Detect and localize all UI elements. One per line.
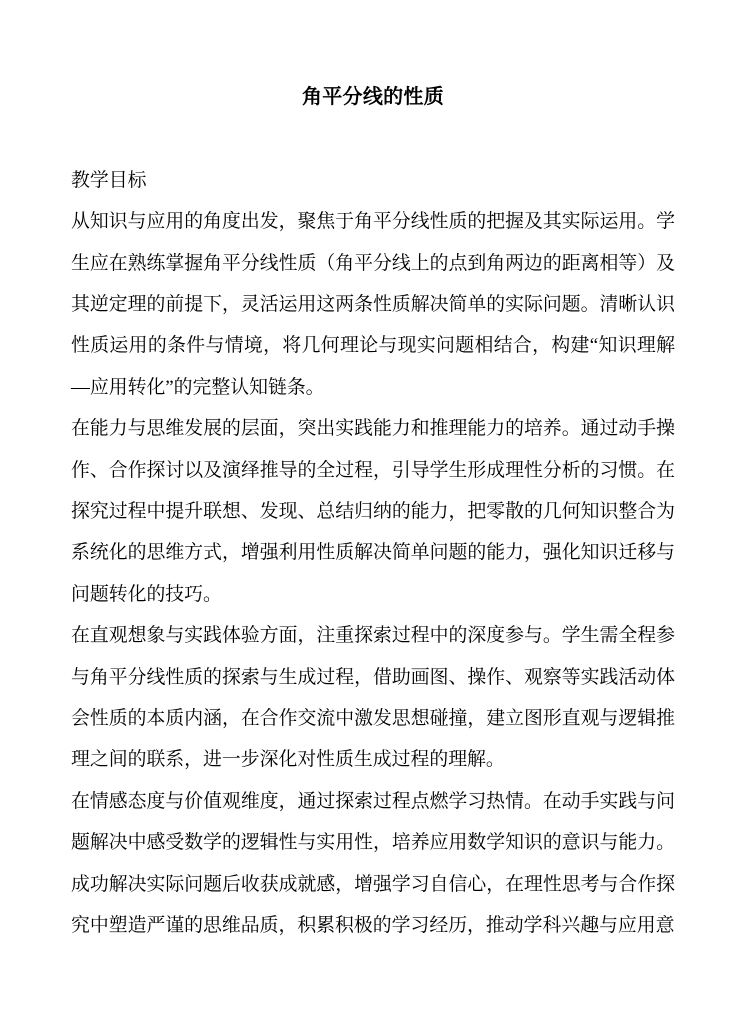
- document-title: 角平分线的性质: [71, 77, 675, 118]
- paragraph-emotion-values: 在情感态度与价值观维度，通过探索过程点燃学习热情。在动手实践与问题解决中感受数学…: [71, 781, 675, 947]
- paragraph-ability-thinking: 在能力与思维发展的层面，突出实践能力和推理能力的培养。通过动手操作、合作探讨以及…: [71, 408, 675, 615]
- paragraph-intuition-practice: 在直观想象与实践体验方面，注重探索过程中的深度参与。学生需全程参与角平分线性质的…: [71, 615, 675, 781]
- document-page: 角平分线的性质 教学目标 从知识与应用的角度出发，聚焦于角平分线性质的把握及其实…: [0, 0, 745, 1032]
- section-heading-teaching-objectives: 教学目标: [71, 160, 675, 201]
- document-content: 角平分线的性质 教学目标 从知识与应用的角度出发，聚焦于角平分线性质的把握及其实…: [71, 77, 675, 947]
- paragraph-knowledge-application: 从知识与应用的角度出发，聚焦于角平分线性质的把握及其实际运用。学生应在熟练掌握角…: [71, 201, 675, 408]
